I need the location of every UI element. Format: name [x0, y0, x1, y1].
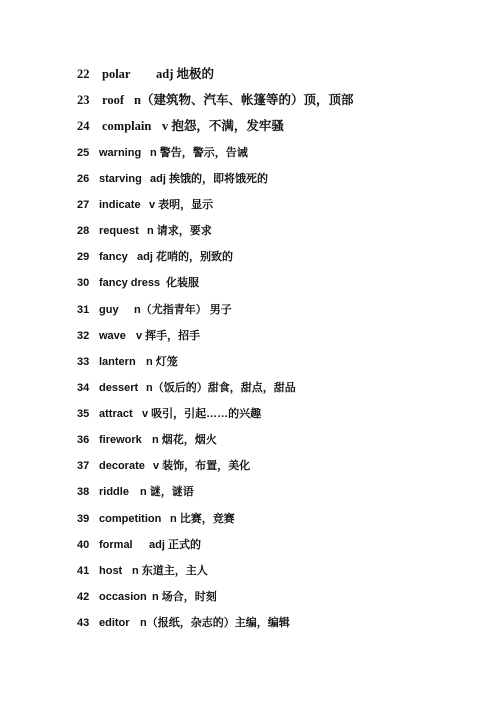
entry-word: roof: [102, 90, 124, 110]
entry-number: 33: [77, 352, 89, 372]
entry-word: warning: [99, 143, 141, 163]
entry-number: 23: [77, 90, 90, 110]
entry-definition: v 表明，显示: [149, 195, 213, 215]
entry-number: 30: [77, 273, 89, 293]
entry-word: dessert: [99, 378, 138, 398]
entry-number: 24: [77, 116, 90, 136]
entry-number: 29: [77, 247, 89, 267]
entry-definition: v 吸引，引起……的兴趣: [142, 404, 261, 424]
entry-word: indicate: [99, 195, 141, 215]
entry-word: fancy: [99, 247, 128, 267]
entry-word: fancy dress: [99, 273, 160, 293]
entry-definition: adj 地极的: [156, 64, 214, 84]
entry-word: starving: [99, 169, 142, 189]
entry-word: complain: [102, 116, 151, 136]
entry-number: 38: [77, 482, 89, 502]
entry-definition: n（建筑物、汽车、帐篷等的）顶，顶部: [134, 90, 353, 110]
entry-definition: 化装服: [166, 273, 199, 293]
entry-definition: n 灯笼: [146, 352, 178, 372]
entry-number: 40: [77, 535, 89, 555]
entry-definition: adj 花哨的，别致的: [137, 247, 233, 267]
entry-definition: n 场合，时刻: [152, 587, 217, 607]
entry-definition: n 警告，警示，告诫: [150, 143, 248, 163]
entry-definition: n（饭后的）甜食，甜点，甜品: [146, 378, 296, 398]
entry-word: attract: [99, 404, 133, 424]
entry-number: 35: [77, 404, 89, 424]
entry-number: 31: [77, 300, 89, 320]
entry-definition: n 谜，谜语: [140, 482, 194, 502]
entry-word: guy: [99, 300, 119, 320]
document-page: 22 polar adj 地极的 23 roof n（建筑物、汽车、帐篷等的）顶…: [0, 0, 500, 707]
entry-word: occasion: [99, 587, 147, 607]
entry-word: riddle: [99, 482, 129, 502]
entry-number: 37: [77, 456, 89, 476]
entry-number: 34: [77, 378, 89, 398]
entry-definition: n 请求，要求: [147, 221, 212, 241]
entry-word: firework: [99, 430, 142, 450]
entry-definition: v 装饰，布置，美化: [153, 456, 250, 476]
entry-definition: n 东道主，主人: [132, 561, 208, 581]
entry-word: editor: [99, 613, 130, 633]
entry-word: competition: [99, 509, 161, 529]
entry-number: 27: [77, 195, 89, 215]
entry-word: lantern: [99, 352, 136, 372]
entry-word: host: [99, 561, 122, 581]
entry-number: 26: [77, 169, 89, 189]
entry-word: request: [99, 221, 139, 241]
entry-definition: adj 正式的: [149, 535, 201, 555]
entry-number: 43: [77, 613, 89, 633]
entry-number: 41: [77, 561, 89, 581]
entry-number: 42: [77, 587, 89, 607]
entry-word: wave: [99, 326, 126, 346]
entry-number: 36: [77, 430, 89, 450]
entry-definition: v 抱怨，不满，发牢骚: [162, 116, 284, 136]
entry-definition: n（报纸，杂志的）主编，编辑: [140, 613, 290, 633]
entry-word: formal: [99, 535, 133, 555]
entry-definition: adj 挨饿的，即将饿死的: [150, 169, 268, 189]
entry-definition: n 烟花，烟火: [152, 430, 217, 450]
entry-number: 32: [77, 326, 89, 346]
entry-definition: n（尤指青年） 男子: [134, 300, 232, 320]
entry-definition: n 比赛，竞赛: [170, 509, 235, 529]
entry-number: 25: [77, 143, 89, 163]
entry-word: decorate: [99, 456, 145, 476]
entry-number: 28: [77, 221, 89, 241]
entry-word: polar: [102, 64, 130, 84]
entry-number: 39: [77, 509, 89, 529]
entry-number: 22: [77, 64, 90, 84]
entry-definition: v 挥手，招手: [136, 326, 200, 346]
